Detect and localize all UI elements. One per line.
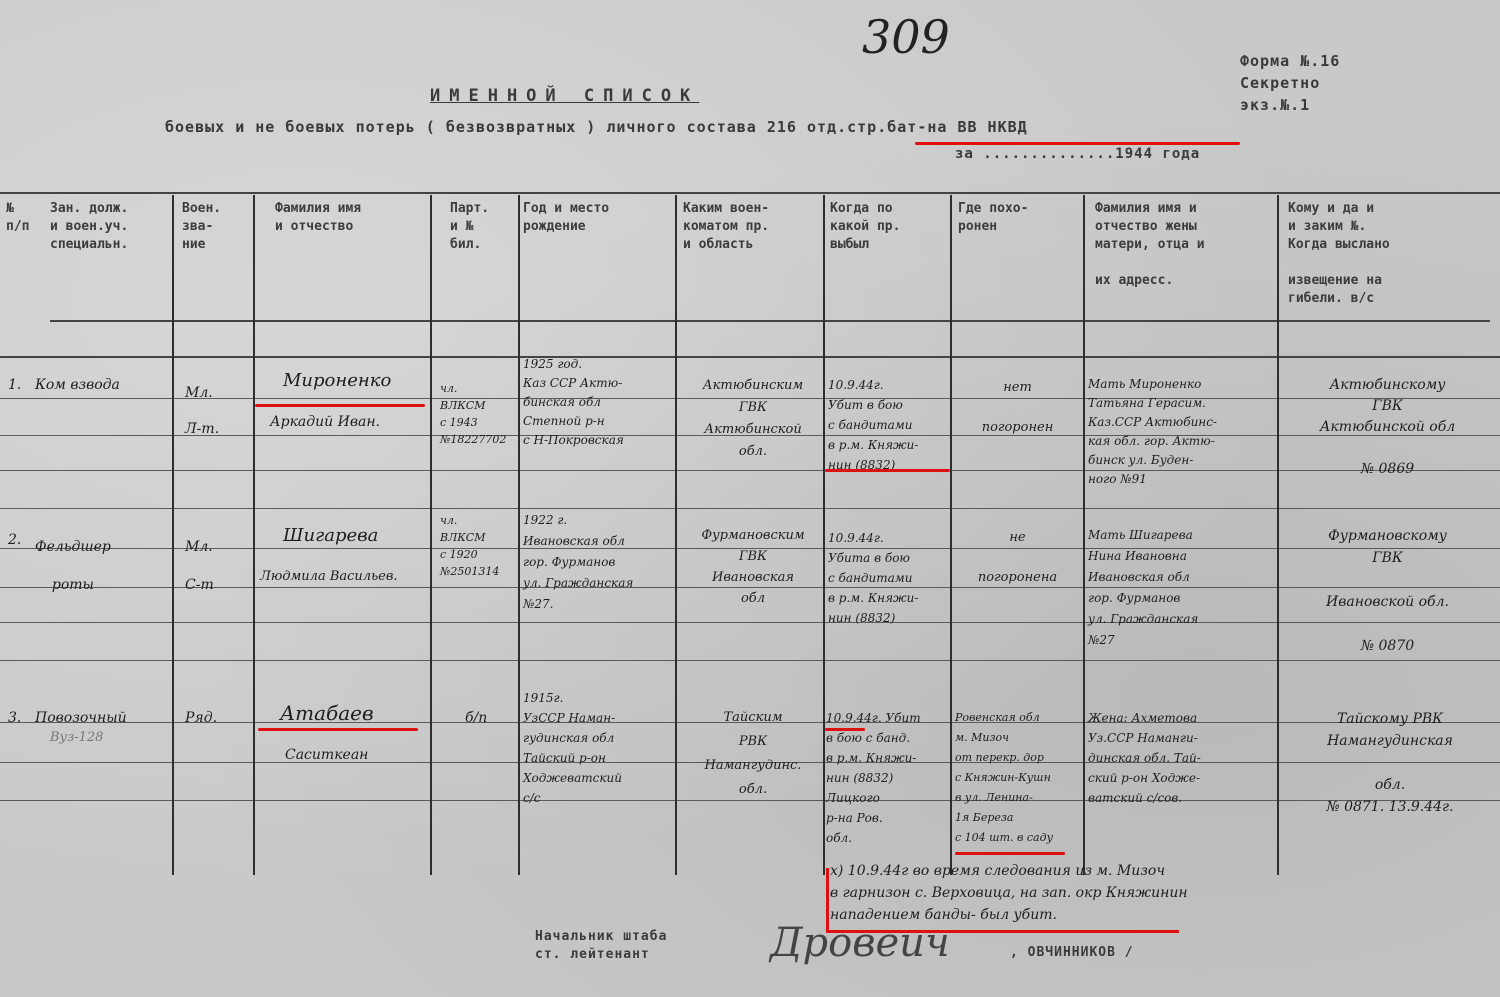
rank: Ряд. (185, 708, 217, 729)
secrecy-label: Секретно (1240, 72, 1340, 94)
birth-info: 1922 г. Ивановская обл гор. Фурманов ул.… (523, 510, 633, 615)
rank: Мл. Л-т. (185, 375, 219, 447)
report-period: за ..............1944 года (955, 146, 1200, 162)
notice-info: Актюбинскому ГВК Актюбинской обл № 0869 (1285, 375, 1490, 480)
col-header-position: Зан. долж. и воен.уч. специальн. (50, 200, 128, 254)
surname-underline-annotation (258, 728, 418, 731)
col-header-rank: Воен. зва- ние (182, 200, 221, 254)
commissariat: Актюбинским ГВК Актюбинской обл. (683, 375, 823, 463)
position: Фельдшер роты (35, 528, 111, 604)
location-underline-annotation (825, 469, 950, 472)
surname: Мироненко (283, 370, 391, 391)
birth-info: 1915г. УзССР Наман- гудинская обл Тайски… (523, 688, 622, 808)
party-membership: чл. ВЛКСМ с 1920 №2501314 (440, 512, 499, 580)
column-divider (253, 195, 255, 875)
position-note: Вуз-128 (50, 730, 103, 745)
copy-number: экз.№.1 (1240, 94, 1340, 116)
col-header-relatives: Фамилия имя и отчество жены матери, отца… (1095, 200, 1205, 290)
burial-underline-annotation (955, 852, 1065, 855)
ruled-line (0, 660, 1500, 661)
row-number: 1. (8, 375, 21, 396)
commissariat: Фурмановским ГВК Ивановская обл (683, 525, 823, 609)
chief-of-staff-label: Начальник штаба ст. лейтенант (535, 928, 667, 964)
column-divider (1083, 195, 1085, 875)
surname-underline-annotation (255, 404, 425, 407)
col-header-when: Когда по какой пр. выбыл (830, 200, 900, 254)
burial-place: нет погоронен (955, 378, 1080, 438)
col-header-num: № п/п (6, 200, 29, 236)
given-names: Аркадий Иван. (270, 412, 380, 433)
col-header-party: Парт. и № бил. (450, 200, 489, 254)
relatives-address: Мать Мироненко Татьяна Герасим. Каз.ССР … (1088, 375, 1217, 489)
column-divider (823, 195, 825, 875)
ruled-line (0, 470, 1500, 471)
commissariat: Тайским РВК Намангудинс. обл. (683, 706, 823, 802)
when-lost: 10.9.44г. Убит в бою с бандитами в р.м. … (828, 375, 918, 475)
column-divider (675, 195, 677, 875)
when-lost: 10.9.44г. Убита в бою с бандитами в р.м.… (828, 528, 918, 628)
chief-surname: , ОВЧИННИКОВ / (1010, 945, 1134, 960)
rank: Мл. С-т (185, 528, 214, 604)
form-number: Форма №.16 (1240, 50, 1340, 72)
document-subtitle: боевых и не боевых потерь ( безвозвратны… (165, 118, 1028, 136)
burial-place: не погоронена (955, 528, 1080, 588)
signature: Дровеич (770, 920, 950, 966)
unit-name: 216 отд.стр.бат-на ВВ НКВД (767, 118, 1028, 136)
relatives-address: Мать Шигарева Нина Ивановна Ивановская о… (1088, 525, 1198, 651)
subtitle-text: боевых и не боевых потерь ( безвозвратны… (165, 118, 757, 136)
col-header-buried: Где похо- ронен (958, 200, 1028, 236)
date-underline-annotation (825, 728, 865, 731)
table-top-border (0, 192, 1500, 194)
party-membership: б/п (465, 708, 487, 729)
notice-info: Тайскому РВК Намангудинская обл. № 0871.… (1285, 708, 1495, 818)
header-rule (0, 356, 1500, 358)
header-bottom-border (50, 320, 1490, 322)
page-number: 309 (862, 10, 950, 64)
row-number: 2. (8, 530, 21, 551)
column-divider (172, 195, 174, 875)
party-membership: чл. ВЛКСМ с 1943 №18227702 (440, 380, 506, 448)
position: Ком взвода (35, 375, 120, 396)
col-header-name: Фамилия имя и отчество (275, 200, 361, 236)
surname: Шигарева (283, 525, 378, 546)
form-stamp: Форма №.16 Секретно экз.№.1 (1240, 50, 1340, 116)
unit-underline-annotation (915, 142, 1240, 145)
col-header-commissariat: Каким воен- коматом пр. и область (683, 200, 769, 254)
relatives-address: Жена: Ахметова Уз.ССР Наманги- динская о… (1088, 708, 1201, 808)
column-divider (950, 195, 952, 875)
birth-info: 1925 год. Каз ССР Актю- бинская обл Степ… (523, 355, 624, 450)
position: Повозочный (35, 708, 127, 729)
col-header-birth: Год и место рождение (523, 200, 609, 236)
col-header-notice: Кому и да и и заким №. Когда выслано изв… (1288, 200, 1390, 308)
row-number: 3. (8, 708, 21, 729)
column-divider (1277, 195, 1279, 875)
given-names: Саситкеан (285, 745, 368, 766)
ruled-line (0, 622, 1500, 623)
ruled-line (0, 508, 1500, 509)
document-title: ИМЕННОЙ СПИСОК (430, 86, 699, 106)
surname: Атабаев (280, 703, 374, 724)
given-names: Людмила Васильев. (260, 566, 398, 587)
column-divider (518, 195, 520, 875)
column-divider (430, 195, 432, 875)
notice-info: Фурмановскому ГВК Ивановской обл. № 0870 (1285, 525, 1490, 657)
burial-place: Ровенская обл м. Мизоч от перекр. дор с … (955, 708, 1053, 848)
